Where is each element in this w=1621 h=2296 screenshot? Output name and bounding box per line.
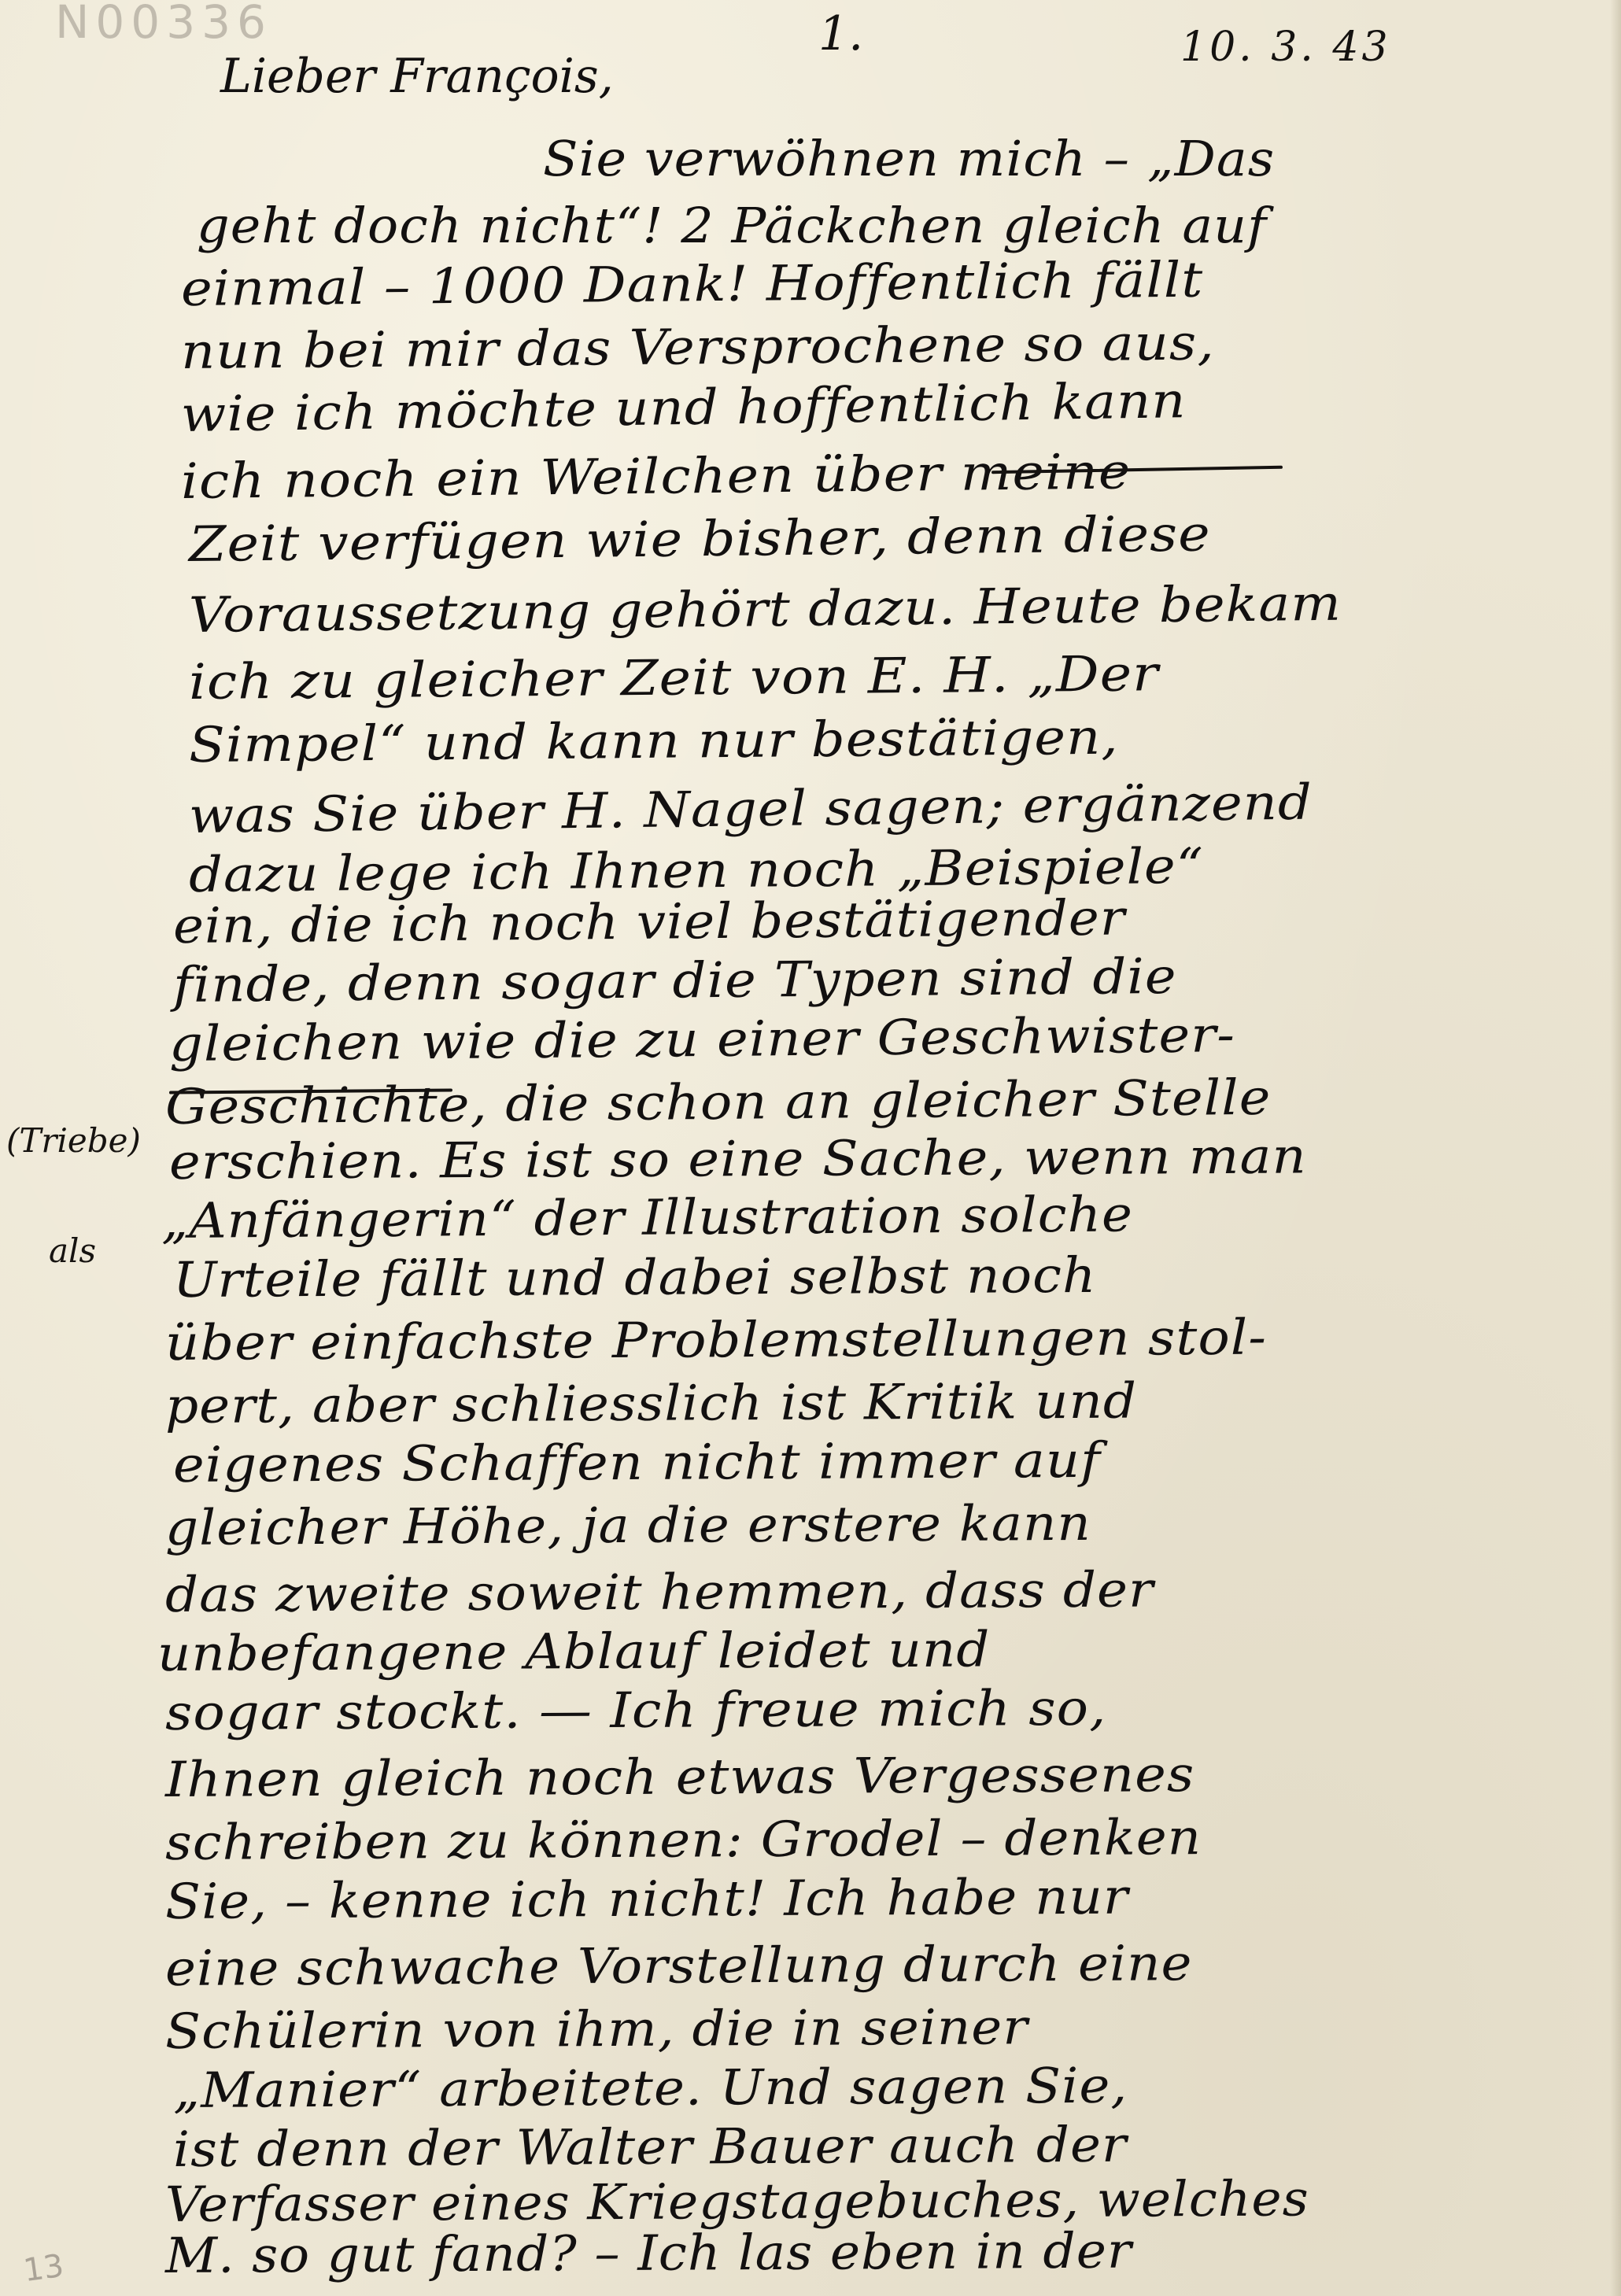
letter-line: eine schwache Vorstellung durch eine [165,1934,1193,1997]
paper-edge-shadow [1610,0,1621,2296]
margin-note-triebe: (Triebe) [6,1121,141,1160]
letter-line: sogar stockt. — Ich freue mich so, [165,1679,1107,1741]
letter-line: gleicher Höhe, ja die erstere kann [165,1494,1091,1556]
letter-line: ein, die ich noch viel bestätigender [173,888,1126,954]
letter-line: Ihnen gleich noch etwas Vergessenes [165,1745,1195,1808]
letter-line: „Anfängerin“ der Illustration solche [161,1185,1133,1250]
archive-stamp: N00336 [55,0,272,49]
letter-line: gleichen wie die zu einer Geschwister- [169,1006,1236,1072]
page-number: 1. [818,6,863,61]
letter-line: M. so gut fand? – Ich las eben in der [165,2222,1132,2284]
letter-line: nun bei mir das Versprochene so aus, [181,314,1215,380]
letter-line: Urteile fällt und dabei selbst noch [173,1246,1097,1309]
letter-line: ist denn der Walter Bauer auch der [173,2116,1128,2178]
letter-line: einmal – 1000 Dank! Hoffentlich fällt [181,251,1204,317]
letter-line: erschien. Es ist so eine Sache, wenn man [169,1127,1307,1190]
pencil-folio-mark: 13 [21,2248,66,2290]
letter-line: Zeit verfügen wie bisher, denn diese [189,504,1211,573]
letter-line: geht doch nicht“! 2 Päckchen gleich auf [197,197,1267,254]
letter-date: 10. 3. 43 [1180,24,1391,71]
letter-line: Voraussetzung gehört dazu. Heute bekam [189,574,1342,644]
letter-line: ich zu gleicher Zeit von E. H. „Der [189,644,1159,711]
letter-line: finde, denn sogar die Typen sind die [173,947,1177,1013]
salutation: Lieber François, [220,49,614,104]
letter-line: über einfachste Problemstellungen stol- [165,1309,1267,1371]
letter-line: eigenes Schaffen nicht immer auf [173,1431,1101,1493]
letter-line: Schülerin von ihm, die in seiner [165,1998,1028,2060]
letter-line: das zweite soweit hemmen, dass der [165,1560,1154,1623]
letter-line: schreiben zu können: Grodel – denken [165,1808,1202,1871]
letter-line: Simpel“ und kann nur bestätigen, [189,708,1119,773]
letter-line: „Manier“ arbeitete. Und sagen Sie, [173,2057,1128,2119]
letter-line: ich noch ein Weilchen über meine [181,442,1132,510]
letter-line: Sie, – kenne ich nicht! Ich habe nur [165,1868,1129,1930]
letter-line: Sie verwöhnen mich – „Das [543,130,1275,187]
letter-line: pert, aber schliesslich ist Kritik und [165,1372,1137,1434]
margin-note-als: als [49,1231,96,1270]
letter-line: Geschichte, die schon an gleicher Stelle [165,1069,1272,1135]
letter-line: unbefangene Ablauf leidet und [157,1620,991,1682]
